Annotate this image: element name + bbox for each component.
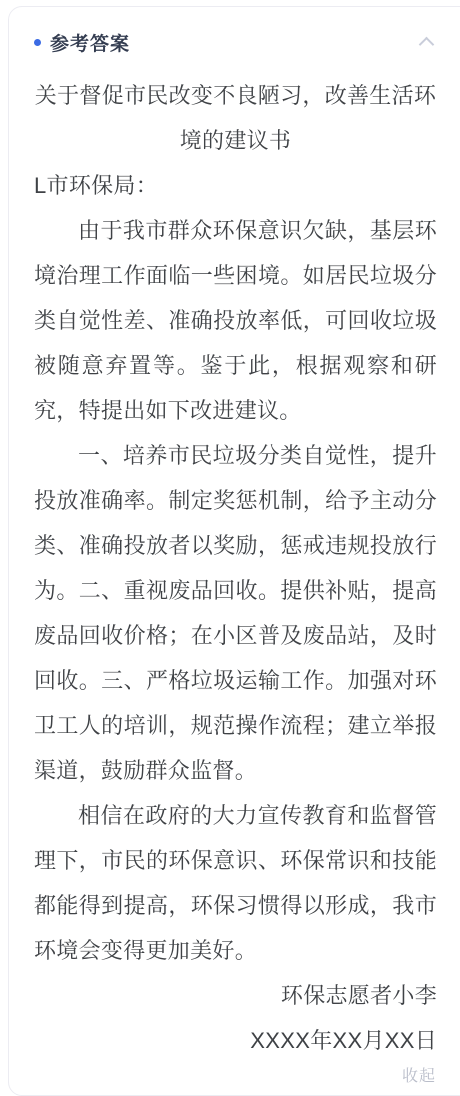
collapse-link[interactable]: 收起 (402, 1063, 436, 1076)
chevron-up-icon[interactable] (419, 37, 435, 47)
section-title: 参考答案 (50, 29, 130, 56)
letter-title: 关于督促市民改变不良陋习，改善生活环境的建议书 (34, 73, 437, 163)
answer-card-header: 参考答案 (34, 27, 435, 57)
letter-salutation: L市环保局： (34, 163, 437, 208)
letter-paragraph: 由于我市群众环保意识欠缺，基层环境治理工作面临一些困境。如居民垃圾分类自觉性差、… (34, 208, 437, 433)
reference-answer-card: 参考答案 关于督促市民改变不良陋习，改善生活环境的建议书 L市环保局： 由于我市… (8, 6, 460, 1076)
letter-signature: 环保志愿者小李 (34, 973, 437, 1018)
answer-document: 关于督促市民改变不良陋习，改善生活环境的建议书 L市环保局： 由于我市群众环保意… (34, 73, 437, 1063)
letter-date: XXXX年XX月XX日 (34, 1018, 437, 1063)
letter-paragraph: 一、培养市民垃圾分类自觉性，提升投放准确率。制定奖惩机制，给予主动分类、准确投放… (34, 433, 437, 793)
bullet-dot-icon (34, 39, 41, 46)
signature-block: 环保志愿者小李 XXXX年XX月XX日 (34, 973, 437, 1063)
letter-paragraph: 相信在政府的大力宣传教育和监督管理下，市民的环保意识、环保常识和技能都能得到提高… (34, 793, 437, 973)
